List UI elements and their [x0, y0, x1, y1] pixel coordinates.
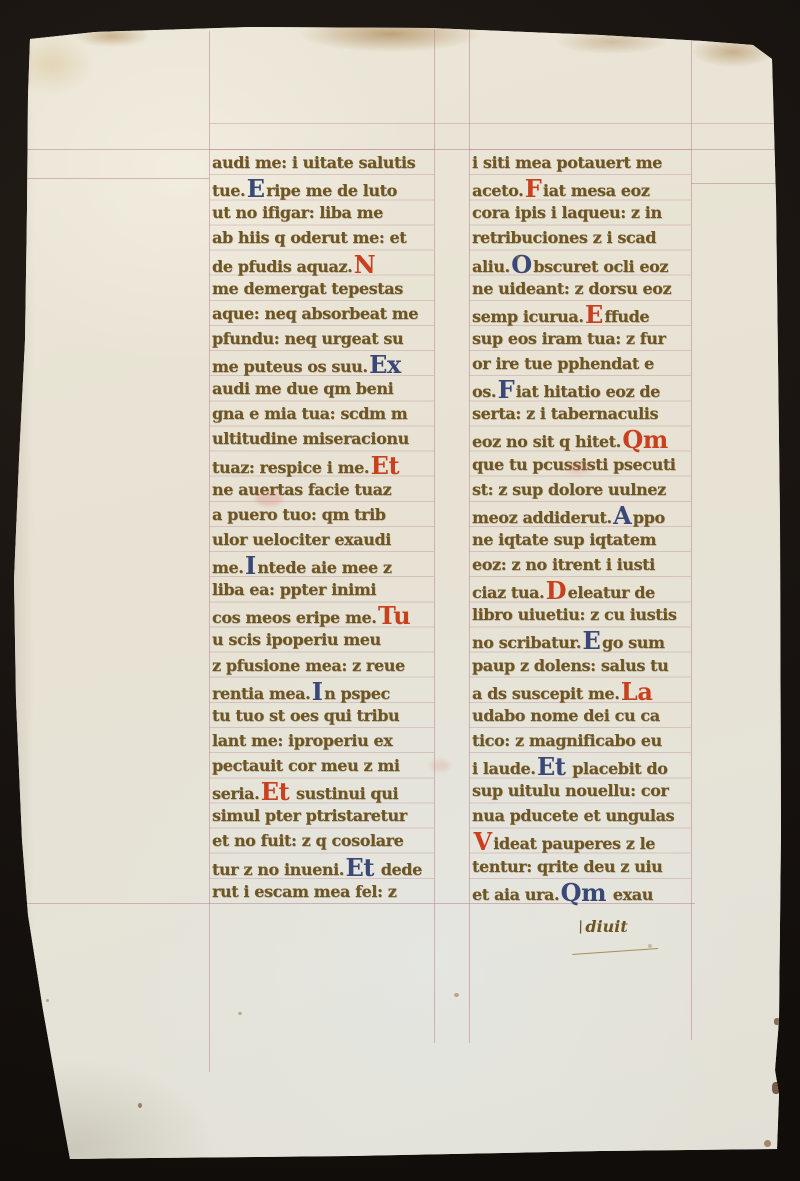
illuminated-initial: V — [472, 827, 493, 856]
ruling-vertical-col2-left — [469, 30, 470, 1043]
text-line: ulor uelociter exaudi — [212, 527, 462, 552]
text-segment: tue. — [212, 181, 245, 200]
text-segment: ideat pauperes z le — [493, 834, 655, 853]
speck — [300, 237, 303, 240]
text-line: eoz no sit q hitet.Qm — [472, 426, 722, 451]
text-segment: ab hiis q oderut me: et — [212, 228, 406, 247]
text-segment: os. — [472, 382, 496, 401]
text-line: liba ea: ppter inimi — [212, 577, 462, 602]
text-segment: eleatur de — [568, 583, 655, 602]
text-line: ut no ifigar: liba me — [212, 200, 462, 225]
text-line: no scribatur.Ego sum — [472, 627, 722, 652]
text-line: st: z sup dolore uulnez — [472, 477, 722, 502]
text-line: libro uiuetiu: z cu iustis — [472, 602, 722, 627]
text-segment: ne iqtate sup iqtatem — [472, 530, 656, 549]
text-line: tu tuo st oes qui tribu — [212, 703, 462, 728]
text-segment: serta: z i tabernaculis — [472, 404, 658, 423]
text-segment: sustinui qui — [291, 784, 398, 803]
text-segment: ffude — [604, 307, 649, 326]
pink-smudge — [566, 462, 590, 474]
ruling-horizontal-upper — [209, 123, 778, 124]
text-line: de pfudis aquaz.N — [212, 251, 462, 276]
illuminated-initial: Et — [535, 752, 567, 781]
text-segment: meoz addiderut. — [472, 508, 612, 527]
text-line: nua pducete et ungulas — [472, 803, 722, 828]
text-segment: liba ea: ppter inimi — [212, 580, 376, 599]
text-line: semp icurua.Effude — [472, 301, 722, 326]
text-line: tentur: qrite deu z uiu — [472, 854, 722, 879]
speck — [648, 944, 652, 948]
text-segment: lant me: iproperiu ex — [212, 731, 392, 750]
text-segment: nua pducete et ungulas — [472, 806, 674, 825]
text-segment: sup eos iram tua: z fur — [472, 329, 665, 348]
text-line: aliu.Obscuret ocli eoz — [472, 251, 722, 276]
text-segment: or ire tue pphendat e — [472, 354, 654, 373]
text-segment: placebit do — [567, 759, 667, 778]
text-line: i siti mea potauert me — [472, 150, 722, 175]
illuminated-initial: La — [619, 677, 654, 706]
text-segment: libro uiuetiu: z cu iustis — [472, 605, 677, 624]
catchword-flourish — [572, 944, 658, 955]
text-line: cos meos eripe me.Tu — [212, 602, 462, 627]
text-segment: seria. — [212, 784, 259, 803]
text-segment: i laude. — [472, 759, 535, 778]
text-line: or ire tue pphendat e — [472, 351, 722, 376]
text-line: a puero tuo: qm trib — [212, 502, 462, 527]
text-segment: ntede aie mee z — [257, 558, 391, 577]
illuminated-initial: Et — [259, 777, 291, 806]
text-segment: go sum — [602, 633, 665, 652]
text-segment: bscuret ocli eoz — [533, 257, 668, 276]
text-segment: udabo nome dei cu ca — [472, 706, 660, 725]
speck — [46, 999, 49, 1002]
text-line: que tu pcussisti psecuti — [472, 452, 722, 477]
text-segment: rut i escam mea fel: z — [212, 882, 396, 901]
illuminated-initial: Qm — [559, 878, 608, 907]
text-segment: ulor uelociter exaudi — [212, 530, 391, 549]
text-line: serta: z i tabernaculis — [472, 401, 722, 426]
illuminated-initial: F — [496, 375, 516, 404]
text-segment: tu tuo st oes qui tribu — [212, 706, 399, 725]
text-segment: ppo — [633, 508, 665, 527]
text-segment: audi me: i uitate salutis — [212, 153, 415, 172]
text-segment: ut no ifigar: liba me — [212, 203, 383, 222]
text-segment: ne uideant: z dorsu eoz — [472, 279, 671, 298]
text-line: et no fuit: z q cosolare — [212, 828, 462, 853]
illuminated-initial: Et — [369, 451, 401, 480]
illuminated-initial: Ex — [368, 350, 403, 379]
text-line: ne iqtate sup iqtatem — [472, 527, 722, 552]
text-line: a ds suscepit me.La — [472, 678, 722, 703]
illuminated-initial: E — [245, 174, 266, 203]
text-segment: pfundu: neq urgeat su — [212, 329, 403, 348]
text-line: seria.Et sustinui qui — [212, 778, 462, 803]
illuminated-initial: N — [352, 250, 377, 279]
text-segment: a ds suscepit me. — [472, 684, 619, 703]
text-line: paup z dolens: salus tu — [472, 653, 722, 678]
text-segment: ultitudine miseracionu — [212, 429, 409, 448]
text-segment: me. — [212, 558, 243, 577]
text-segment: dede — [376, 860, 422, 879]
illuminated-initial: I — [310, 677, 324, 706]
illuminated-initial: F — [523, 174, 543, 203]
illuminated-initial: Tu — [376, 601, 411, 630]
text-segment: semp icurua. — [472, 307, 584, 326]
text-line: meoz addiderut.Appo — [472, 502, 722, 527]
text-segment: cora ipis i laqueu: z in — [472, 203, 662, 222]
speck — [138, 1103, 142, 1108]
catchword-text: diuit — [585, 917, 627, 936]
text-segment: tuaz: respice i me. — [212, 458, 369, 477]
text-segment: retribuciones z i scad — [472, 228, 656, 247]
text-line: Videat pauperes z le — [472, 828, 722, 853]
text-segment: tico: z magnificabo eu — [472, 731, 662, 750]
text-segment: no scribatur. — [472, 633, 581, 652]
text-segment: pectauit cor meu z mi — [212, 756, 400, 775]
illuminated-initial: E — [584, 300, 605, 329]
illuminated-initial: E — [581, 626, 602, 655]
text-segment: st: z sup dolore uulnez — [472, 480, 666, 499]
text-line: aceto.Fiat mesa eoz — [472, 175, 722, 200]
illuminated-initial: Et — [344, 853, 376, 882]
text-line: et aia ura.Qm exau — [472, 879, 722, 904]
text-segment: eoz no sit q hitet. — [472, 432, 621, 451]
text-segment: me demergat tepestas — [212, 279, 403, 298]
catchword: \diuit — [578, 917, 628, 936]
text-line: aque: neq absorbeat me — [212, 301, 462, 326]
text-segment: ripe me de luto — [266, 181, 397, 200]
text-line: rut i escam mea fel: z — [212, 879, 462, 904]
text-segment: aceto. — [472, 181, 523, 200]
text-column-left: audi me: i uitate salutistue.Eripe me de… — [212, 150, 462, 904]
text-segment: rentia mea. — [212, 684, 310, 703]
text-line: ciaz tua.Deleatur de — [472, 577, 722, 602]
text-segment: me puteus os suu. — [212, 357, 368, 376]
text-line: me puteus os suu.Ex — [212, 351, 462, 376]
edge-chip — [772, 1082, 780, 1094]
text-line: me demergat tepestas — [212, 276, 462, 301]
text-line: z pfusione mea: z reue — [212, 653, 462, 678]
illuminated-initial: Qm — [621, 425, 670, 454]
text-segment: aliu. — [472, 257, 510, 276]
text-line: sup eos iram tua: z fur — [472, 326, 722, 351]
text-segment: et aia ura. — [472, 885, 559, 904]
text-line: tico: z magnificabo eu — [472, 728, 722, 753]
speck — [454, 993, 459, 997]
illuminated-initial: O — [510, 250, 534, 279]
text-line: eoz: z no itrent i iusti — [472, 552, 722, 577]
text-column-right: i siti mea potauert meaceto.Fiat mesa eo… — [472, 150, 722, 904]
text-line: tuaz: respice i me.Et — [212, 452, 462, 477]
speck — [516, 256, 520, 259]
text-segment: iat hitatio eoz de — [516, 382, 660, 401]
text-line: sup uitulu nouellu: cor — [472, 778, 722, 803]
text-segment: ciaz tua. — [472, 583, 544, 602]
text-line: ne auertas facie tuaz — [212, 477, 462, 502]
text-segment: ne auertas facie tuaz — [212, 480, 391, 499]
text-segment: a puero tuo: qm trib — [212, 505, 386, 524]
text-segment: tur z no inueni. — [212, 860, 344, 879]
text-line: pfundu: neq urgeat su — [212, 326, 462, 351]
text-line: u scis ipoperiu meu — [212, 627, 462, 652]
edge-chip — [774, 1018, 780, 1025]
photo-background: audi me: i uitate salutistue.Eripe me de… — [0, 0, 800, 1181]
text-segment: i siti mea potauert me — [472, 153, 662, 172]
text-segment: tentur: qrite deu z uiu — [472, 857, 662, 876]
text-segment: sup uitulu nouellu: cor — [472, 781, 668, 800]
catchword-slash: \ — [577, 917, 585, 937]
text-line: i laude.Et placebit do — [472, 753, 722, 778]
ruling-vertical-col1-left — [209, 31, 210, 1072]
text-line: me.Intede aie mee z — [212, 552, 462, 577]
text-segment: cos meos eripe me. — [212, 608, 376, 627]
text-segment: z pfusione mea: z reue — [212, 656, 405, 675]
text-line: ne uideant: z dorsu eoz — [472, 276, 722, 301]
pink-smudge — [255, 492, 283, 506]
ruling-horizontal-left-margin — [24, 178, 209, 179]
text-segment: paup z dolens: salus tu — [472, 656, 668, 675]
text-line: tur z no inueni.Et dede — [212, 854, 462, 879]
text-segment: aque: neq absorbeat me — [212, 304, 418, 323]
text-segment: u scis ipoperiu meu — [212, 630, 381, 649]
text-line: rentia mea.In pspec — [212, 678, 462, 703]
text-line: gna e mia tua: scdm m — [212, 401, 462, 426]
text-line: ultitudine miseracionu — [212, 426, 462, 451]
text-line: tue.Eripe me de luto — [212, 175, 462, 200]
text-line: cora ipis i laqueu: z in — [472, 200, 722, 225]
pink-smudge — [430, 760, 450, 771]
illuminated-initial: D — [544, 576, 567, 605]
text-segment: n pspec — [324, 684, 390, 703]
text-line: retribuciones z i scad — [472, 225, 722, 250]
text-line: ab hiis q oderut me: et — [212, 225, 462, 250]
illuminated-initial: I — [243, 551, 257, 580]
text-segment: exau — [608, 885, 653, 904]
text-segment: gna e mia tua: scdm m — [212, 404, 407, 423]
manuscript-leaf: audi me: i uitate salutistue.Eripe me de… — [0, 0, 800, 1181]
text-segment: simul pter ptristaretur — [212, 806, 407, 825]
edge-chip — [764, 1140, 771, 1147]
text-segment: de pfudis aquaz. — [212, 257, 352, 276]
text-segment: iat mesa eoz — [543, 181, 650, 200]
text-line: lant me: iproperiu ex — [212, 728, 462, 753]
text-segment: eoz: z no itrent i iusti — [472, 555, 655, 574]
speck — [238, 1012, 242, 1015]
text-segment: audi me due qm beni — [212, 379, 393, 398]
text-line: os.Fiat hitatio eoz de — [472, 376, 722, 401]
text-line: udabo nome dei cu ca — [472, 703, 722, 728]
text-line: simul pter ptristaretur — [212, 803, 462, 828]
text-line: audi me due qm beni — [212, 376, 462, 401]
text-line: audi me: i uitate salutis — [212, 150, 462, 175]
text-line: pectauit cor meu z mi — [212, 753, 462, 778]
illuminated-initial: A — [612, 501, 633, 530]
text-segment: et no fuit: z q cosolare — [212, 831, 403, 850]
